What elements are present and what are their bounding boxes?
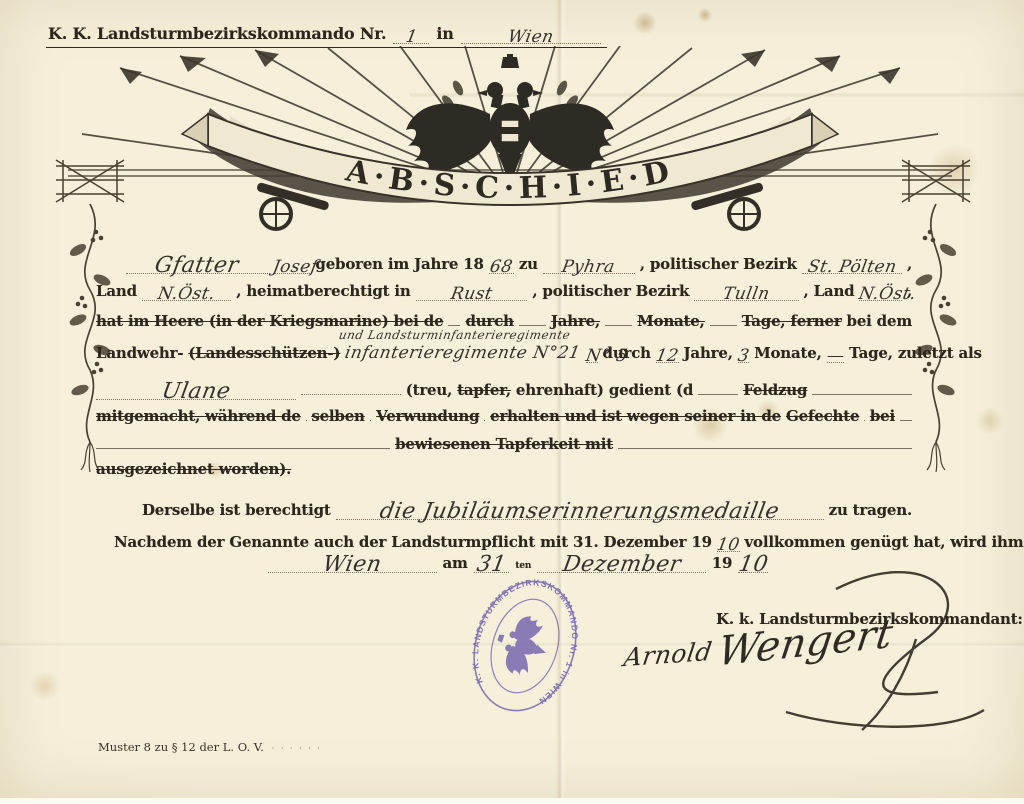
field-bezirk: St. Pölten	[802, 254, 902, 274]
field-bezirk2: Tulln	[694, 281, 798, 301]
paper-stain	[632, 12, 658, 34]
body-line-6: mitgemacht, während de selben Verwundung…	[96, 407, 912, 435]
zu-tragen-label: zu tragen.	[829, 501, 912, 519]
land2-value: N.Öst.	[858, 284, 919, 304]
tapferkeit-struck: bewiesenen Tapferkeit mit	[395, 435, 613, 453]
body-line-1: Gfatter Josef geboren im Jahre 1868 zu P…	[96, 250, 912, 281]
feldzug-struck: Feldzug	[743, 381, 807, 399]
gefechte-struck: Gefechte	[786, 407, 859, 425]
heimat-label: , heimatberechtigt in	[236, 282, 410, 300]
field-surname: Gfatter	[126, 250, 268, 274]
field-months: 3	[738, 343, 749, 363]
zuletzt-label: Tage, zuletzt als	[849, 344, 982, 362]
zu-label: zu	[519, 255, 538, 273]
field-years: 12	[656, 343, 679, 363]
field-heimat: Rust	[416, 281, 528, 301]
field-land2: N.Öst.	[859, 281, 902, 301]
vine-roots	[927, 442, 945, 472]
body-line-8: ausgezeichnet worden).	[96, 460, 912, 484]
vine-leaves	[914, 242, 958, 398]
body-line-9: Derselbe ist berechtigt die Jubiläumseri…	[96, 496, 912, 532]
bezirk-label: , politischer Bezirk	[640, 255, 797, 273]
body-line-7: bewiesenen Tapferkeit mit	[96, 435, 912, 460]
ehrenhaft-label: ehrenhaft) gedient (d	[516, 381, 693, 399]
tapfer-struck: tapfer,	[457, 381, 511, 399]
bei-dem-label: bei dem	[847, 312, 912, 330]
years-value: 12	[654, 346, 680, 366]
stamp-eagle-icon	[489, 609, 555, 682]
body-line-2: Land N.Öst. , heimatberechtigt in Rust ,…	[96, 281, 912, 312]
command-number-value: 1	[404, 27, 419, 47]
comma: ,	[907, 255, 912, 273]
blank-struck	[484, 420, 485, 421]
issue-year-value: 10	[736, 552, 769, 577]
blank-struck	[519, 325, 546, 326]
berechtigt-label: Derselbe ist berechtigt	[142, 501, 331, 519]
form-reference: Muster 8 zu § 12 der L. O. V. · · · · · …	[98, 740, 322, 754]
heimat-value: Rust	[449, 284, 494, 304]
blank-struck	[812, 394, 912, 395]
blank-struck	[605, 325, 632, 326]
blank-struck	[698, 394, 738, 395]
field-days: —	[827, 343, 845, 363]
regiment-field: und Landsturminfanterieregimenteinfanter…	[345, 343, 580, 363]
field-regiment-nr: N° 5	[586, 343, 598, 363]
field-birthplace: Pyhra	[543, 254, 635, 274]
regiment-interline-value: und Landsturminfanterieregimente	[338, 328, 572, 342]
field-issue-year: 10	[738, 549, 768, 573]
mitgemacht-struck: mitgemacht, während de	[96, 407, 301, 425]
signature-block: K. k. Landsturmbezirkskommandant: Arnold…	[616, 606, 988, 746]
certificate-body: Gfatter Josef geboren im Jahre 1868 zu P…	[96, 250, 912, 562]
blank-struck	[710, 325, 737, 326]
command-label: K. K. Landsturmbezirkskommando Nr.	[48, 24, 386, 43]
verwundung-struck: Verwundung	[376, 407, 479, 425]
tage-struck: Tage, ferner	[742, 312, 842, 330]
surname-value: Gfatter	[153, 253, 241, 278]
command-place-field: Wien	[461, 24, 601, 44]
treu-label: (treu,	[406, 381, 452, 399]
regiment-nr-value: N° 5	[584, 346, 629, 366]
command-heading: K. K. Landsturmbezirkskommando Nr. 1 in …	[46, 24, 607, 48]
body-line-5: Ulane (treu, tapfer, ehrenhaft) gedient …	[96, 376, 912, 407]
signature-arnold: Arnold	[622, 637, 714, 673]
am-label: am	[443, 554, 468, 572]
jahre-label: Jahre,	[684, 344, 733, 362]
document-page: K. K. Landsturmbezirkskommando Nr. 1 in …	[0, 0, 1024, 798]
field-born-year: 68	[489, 254, 514, 274]
field-rank: Ulane	[96, 376, 296, 400]
field-land1: N.Öst.	[142, 281, 231, 301]
landesschuetzen-struck: (Landesschützen-)	[188, 344, 340, 362]
selben-struck: selben	[311, 407, 364, 425]
blank-struck	[900, 420, 912, 421]
bei-struck: bei	[870, 407, 895, 425]
year-printed: 19	[712, 554, 732, 572]
bezirk2-value: Tulln	[721, 284, 771, 304]
regiment-value: infanterieregimente N°21	[344, 343, 583, 363]
form-reference-text: Muster 8 zu § 12 der L. O. V.	[98, 740, 264, 754]
field-issue-place: Wien	[268, 549, 437, 573]
erhalten-struck: erhalten und ist wegen seiner in de	[490, 407, 781, 425]
blank-struck	[306, 420, 307, 421]
blank-struck	[96, 448, 390, 449]
trellis-icon	[56, 160, 124, 202]
ausgezeichnet-struck: ausgezeichnet worden).	[96, 460, 291, 478]
bezirk-value: St. Pölten	[806, 257, 898, 277]
paper-stain	[28, 672, 62, 700]
command-in-label: in	[436, 24, 453, 43]
blank-struck	[448, 325, 460, 326]
landwehr-label: Landwehr-	[96, 344, 183, 362]
land1-value: N.Öst.	[156, 284, 217, 304]
command-number-field: 1	[393, 24, 429, 44]
born-year-value: 68	[488, 257, 514, 277]
land2-label: , Land	[804, 282, 855, 300]
double-eagle-crest-icon	[406, 54, 614, 184]
born-label: geboren im Jahre 18	[315, 255, 483, 273]
monate-label: Monate,	[754, 344, 822, 362]
birthplace-value: Pyhra	[561, 257, 617, 277]
paper-stain	[697, 8, 713, 22]
issue-place-value: Wien	[321, 552, 384, 577]
firstname-value: Josef	[271, 257, 319, 277]
field-firstname: Josef	[273, 254, 310, 274]
medal-value: die Jubiläumserinnerungsmedaille	[378, 499, 781, 524]
paper-stain	[975, 408, 1005, 434]
blank-struck	[864, 420, 865, 421]
trophy-engraving: A·B·S·C·H·I·E·D	[60, 46, 960, 248]
monate-struck: Monate,	[637, 312, 705, 330]
form-reference-dots: · · · · · ·	[272, 744, 322, 753]
body-line-4: Landwehr-(Landesschützen-)und Landsturmi…	[96, 343, 912, 376]
official-stamp: K. K. LANDSTURMBEZIRKSKOMMANDO Nr. 1 in …	[436, 542, 614, 750]
blank	[301, 394, 401, 395]
rank-value: Ulane	[160, 379, 233, 404]
months-value: 3	[736, 346, 751, 366]
command-place-value: Wien	[506, 27, 555, 47]
trellis-icon	[902, 160, 970, 202]
land-label: Land	[96, 282, 137, 300]
blank-struck	[618, 448, 912, 449]
blank-struck	[370, 420, 371, 421]
field-medal: die Jubiläumserinnerungsmedaille	[336, 496, 824, 520]
days-value: —	[825, 346, 846, 366]
bezirk2-label: , politischer Bezirk	[532, 282, 689, 300]
